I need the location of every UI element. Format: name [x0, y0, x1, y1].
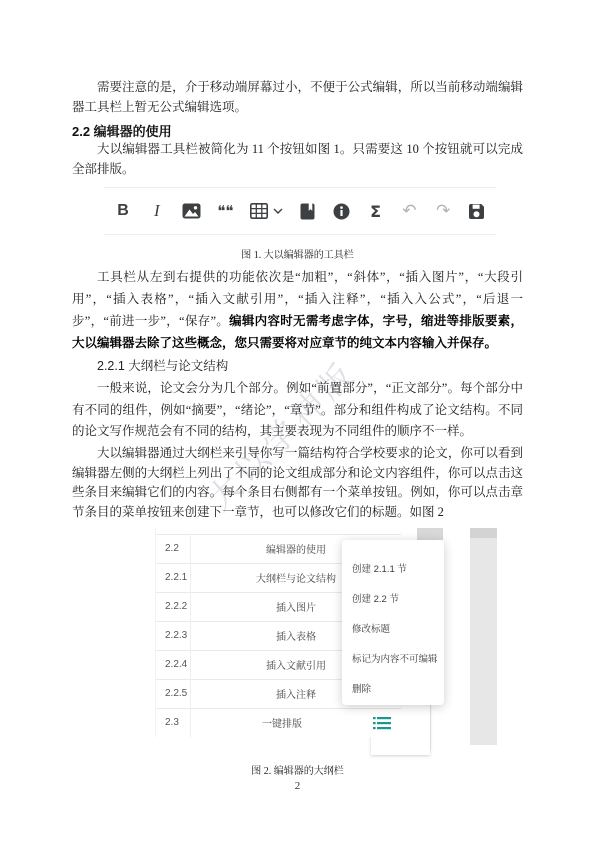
- info-icon: [333, 203, 350, 220]
- blockquote-icon: ❝❝: [217, 206, 233, 216]
- menu-item-create-subsection[interactable]: 创建 2.1.1 节: [342, 553, 444, 583]
- context-menu: 创建 2.1.1 节 创建 2.2 节 修改标题 标记为内容不可编辑 删除: [342, 540, 444, 705]
- document-page: 大以学神版 需要注意的是，介于移动端屏幕过小，不便于公式编辑，所以当前移动端编辑…: [0, 0, 595, 842]
- outline-row-title: 一键排版: [191, 715, 373, 730]
- figure2-outline-panel: 2.2 编辑器的使用 2.2.1 大纲栏与论文结构 2.2.2 插入图片 2.2…: [150, 528, 510, 760]
- insert-table-button[interactable]: [250, 199, 283, 223]
- menu-item-rename[interactable]: 修改标题: [342, 613, 444, 643]
- paragraph-notice: 需要注意的是，介于移动端屏幕过小，不便于公式编辑，所以当前移动端编辑器工具栏上暂…: [72, 78, 523, 117]
- table-icon: [250, 203, 268, 219]
- chevron-down-icon: [273, 208, 283, 214]
- background-scroll-strip: [470, 528, 497, 745]
- bold-button[interactable]: B: [114, 199, 132, 223]
- blockquote-button[interactable]: ❝❝: [216, 199, 234, 223]
- list-menu-icon: [373, 716, 391, 730]
- paragraph-structure: 一般来说，论文会分为几个部分。例如“前置部分”，“正文部分”。每个部分中有不同的…: [72, 378, 523, 443]
- section-heading-2-2: 2.2 编辑器的使用: [72, 121, 523, 140]
- outline-row-number: 2.3: [156, 708, 191, 737]
- outline-row-number: 2.2.1: [156, 563, 191, 592]
- outline-row-number: 2.2.4: [156, 650, 191, 679]
- italic-icon: I: [154, 201, 160, 221]
- undo-button[interactable]: ↶: [400, 199, 418, 223]
- redo-icon: ↷: [436, 201, 450, 221]
- paragraph-outline-guide: 大以编辑器通过大纲栏来引导你写一篇结构符合学校要求的论文，你可以看到编辑器左侧的…: [72, 444, 523, 522]
- sigma-icon: Σ: [370, 202, 381, 221]
- outline-row-number: 2.2: [156, 534, 191, 563]
- menu-item-delete[interactable]: 删除: [342, 673, 444, 703]
- figure1-toolbar: B I ❝❝: [104, 187, 496, 235]
- page-number: 2: [72, 780, 523, 792]
- background-divider-line: [430, 705, 431, 751]
- insert-image-button[interactable]: [182, 199, 201, 223]
- outline-row[interactable]: 2.3 一键排版: [156, 708, 401, 737]
- section-heading-2-2-1: 2.2.1 大纲栏与论文结构: [72, 356, 523, 374]
- outline-row-number: 2.2.3: [156, 621, 191, 650]
- redo-button[interactable]: ↷: [434, 199, 452, 223]
- background-tab-right: [417, 528, 443, 540]
- outline-row-number: 2.2.2: [156, 592, 191, 621]
- paragraph-toolbar-functions: 工具栏从左到右提供的功能依次是“加粗”，“斜体”，“插入图片”，“大段引用”，“…: [72, 266, 523, 354]
- bold-icon: B: [117, 202, 129, 220]
- insert-note-button[interactable]: [333, 199, 351, 223]
- undo-icon: ↶: [402, 201, 416, 221]
- figure1-caption: 图 1. 大以编辑器的工具栏: [72, 246, 523, 261]
- save-button[interactable]: [468, 199, 486, 223]
- background-strip-cap: [470, 528, 497, 538]
- menu-item-mark-uneditable[interactable]: 标记为内容不可编辑: [342, 643, 444, 673]
- figure2-caption: 图 2. 编辑器的大纲栏: [72, 762, 523, 777]
- insert-formula-button[interactable]: Σ: [367, 199, 385, 223]
- paragraph-toolbar-intro: 大以编辑器工具栏被简化为 11 个按钮如图 1。只需要这 10 个按钮就可以完成…: [72, 140, 523, 179]
- book-bookmark-icon: [300, 203, 315, 220]
- menu-item-create-section[interactable]: 创建 2.2 节: [342, 583, 444, 613]
- save-icon: [468, 203, 485, 220]
- italic-button[interactable]: I: [148, 199, 166, 223]
- outline-row-number: 2.2.5: [156, 679, 191, 708]
- row-menu-button[interactable]: [373, 716, 401, 730]
- image-icon: [182, 203, 201, 219]
- insert-citation-button[interactable]: [299, 199, 317, 223]
